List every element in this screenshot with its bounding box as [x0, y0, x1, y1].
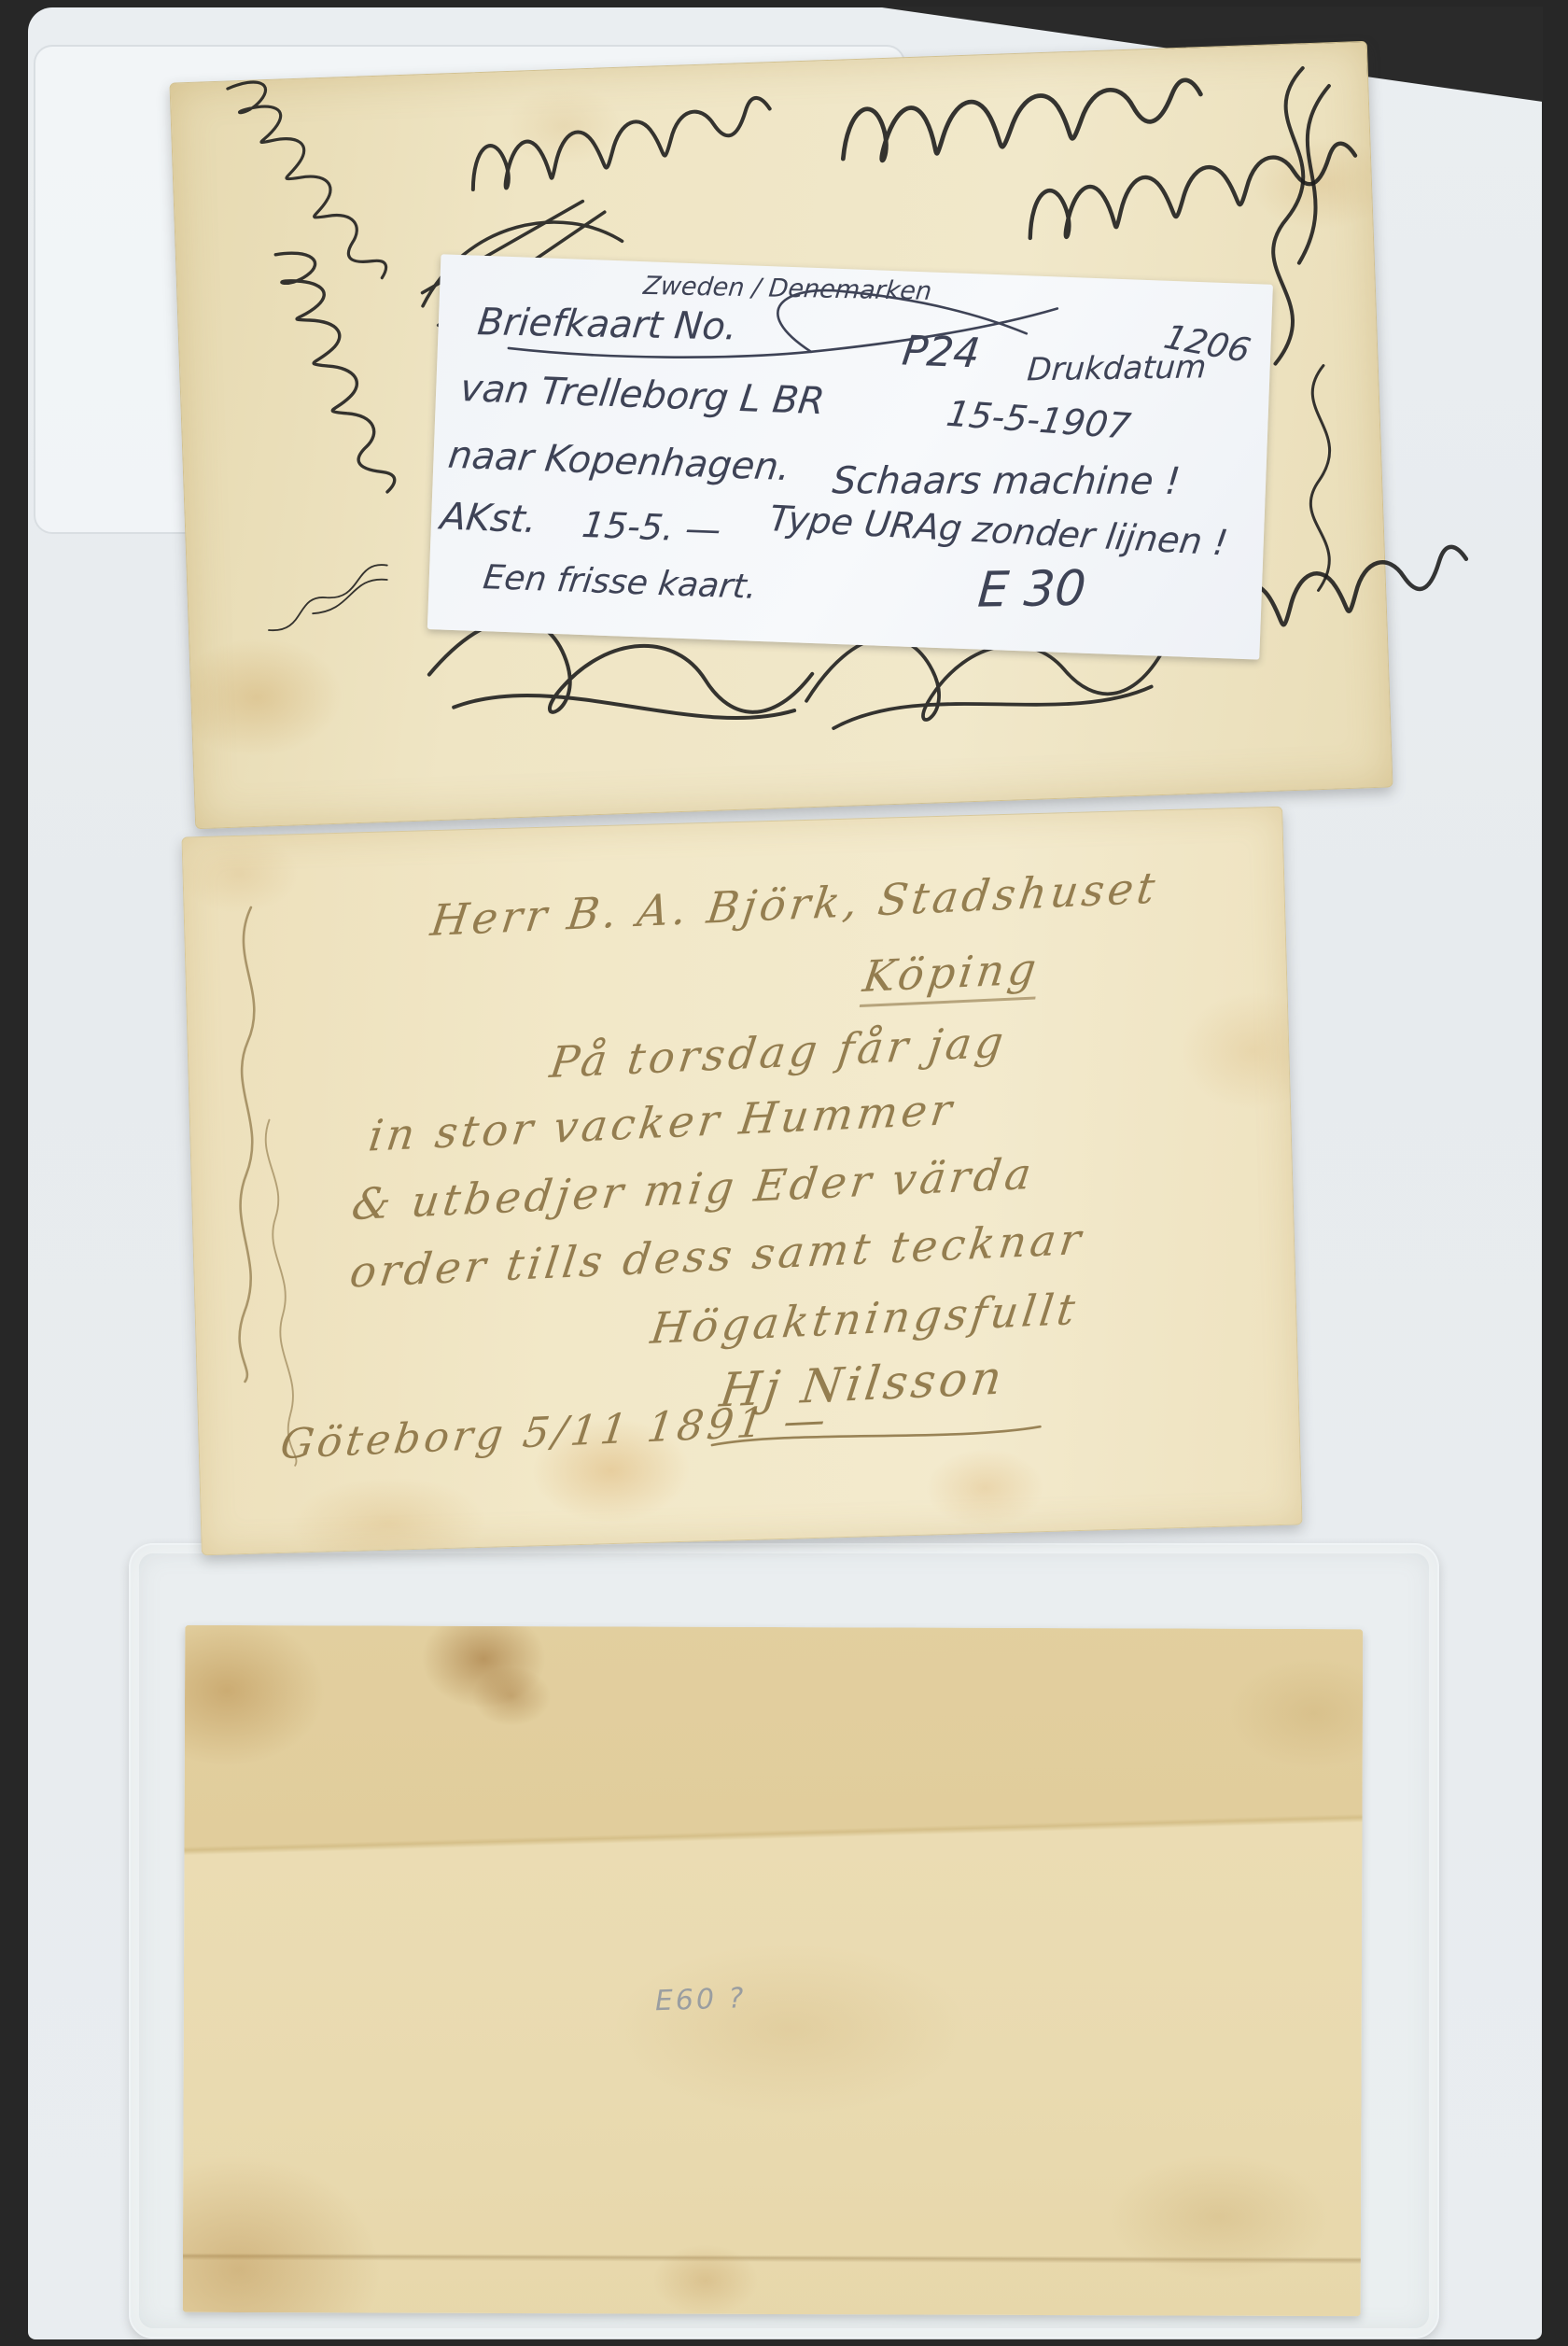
- label-route-to: naar Kopenhagen.: [446, 434, 793, 489]
- address-line: Herr B. A. Björk, Stadshuset: [427, 863, 1161, 947]
- label-machine-note: Schaars machine !: [831, 459, 1183, 503]
- label-route-from: van Trelleborg L BR: [457, 367, 827, 423]
- dealer-label: Zweden / Denemarken Briefkaart No. P24 D…: [427, 254, 1273, 659]
- dateline: Göteborg 5/11 1891 —: [278, 1396, 833, 1468]
- top-postcard: Zweden / Denemarken Briefkaart No. P24 D…: [169, 41, 1393, 829]
- scan-background: Zweden / Denemarken Briefkaart No. P24 D…: [28, 7, 1542, 2339]
- label-type-note: Type URAg zonder lijnen !: [766, 498, 1230, 563]
- address-city: Köping: [860, 943, 1043, 1007]
- photo-frame: Zweden / Denemarken Briefkaart No. P24 D…: [0, 0, 1568, 2346]
- label-cancel-date: 15-5. —: [580, 504, 723, 550]
- bottom-protective-sleeve: E60 ?: [129, 1543, 1439, 2339]
- label-item-text: Briefkaart No.: [475, 301, 739, 348]
- label-country-note: Zweden / Denemarken: [642, 272, 933, 306]
- body-line: & utbedjer mig Eder värda: [349, 1148, 1038, 1229]
- middle-postcard: Herr B. A. Björk, Stadshuset Köping På t…: [181, 807, 1302, 1556]
- closing-line: Högaktningsfullt: [648, 1284, 1082, 1354]
- body-line: På torsdag får jag: [547, 1017, 1010, 1088]
- label-price: E 30: [976, 561, 1088, 619]
- label-date: 15-5-1907: [944, 393, 1133, 447]
- body-line: order tills dess samt tecknar: [347, 1214, 1087, 1298]
- folded-letter: E60 ?: [183, 1625, 1364, 2316]
- label-type-text: P24: [900, 328, 983, 378]
- pencil-price-note: E60 ?: [654, 1982, 747, 2017]
- marginal-script-squiggle: [245, 1115, 315, 1471]
- body-line: in stor vacker Hummer: [366, 1084, 959, 1161]
- label-cancel: AKst.: [438, 495, 539, 541]
- label-condition-note: Een frisse kaart.: [481, 558, 759, 607]
